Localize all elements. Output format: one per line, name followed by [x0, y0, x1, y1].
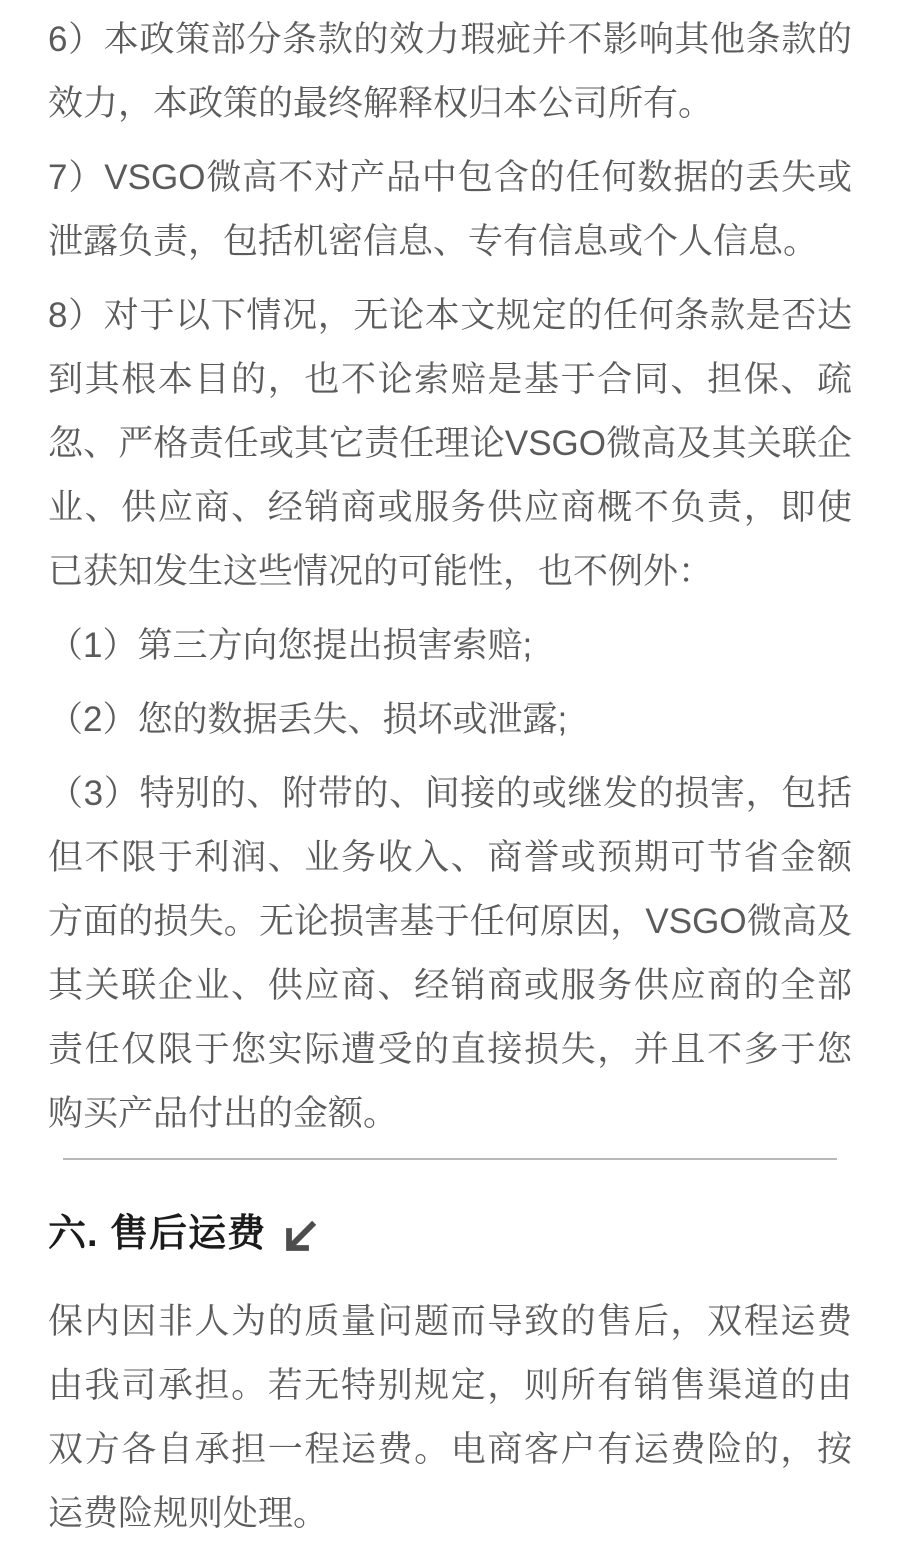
section-six-heading-text: 六. 售后运费 [48, 1206, 266, 1262]
policy-clause-8-item-3: （3）特别的、附带的、间接的或继发的损害，包括但不限于利润、业务收入、商誉或预期… [48, 762, 852, 1146]
shipping-policy-text: 保内因非人为的质量问题而导致的售后，双程运费由我司承担。若无特别规定，则所有销售… [48, 1290, 852, 1546]
policy-clause-7: 7）VSGO微高不对产品中包含的任何数据的丢失或泄露负责，包括机密信息、专有信息… [48, 146, 852, 274]
policy-clause-6: 6）本政策部分条款的效力瑕疵并不影响其他条款的效力，本政策的最终解释权归本公司所… [48, 8, 852, 136]
arrow-down-left-icon [278, 1217, 320, 1259]
section-six-heading: 六. 售后运费 [48, 1206, 852, 1262]
policy-clause-8-item-2: （2）您的数据丢失、损坏或泄露; [48, 688, 852, 752]
policy-clause-8: 8）对于以下情况，无论本文规定的任何条款是否达到其根本目的，也不论索赔是基于合同… [48, 284, 852, 604]
policy-document: 6）本政策部分条款的效力瑕疵并不影响其他条款的效力，本政策的最终解释权归本公司所… [0, 0, 900, 1546]
section-divider [63, 1158, 837, 1160]
policy-clause-8-item-1: （1）第三方向您提出损害索赔; [48, 614, 852, 678]
